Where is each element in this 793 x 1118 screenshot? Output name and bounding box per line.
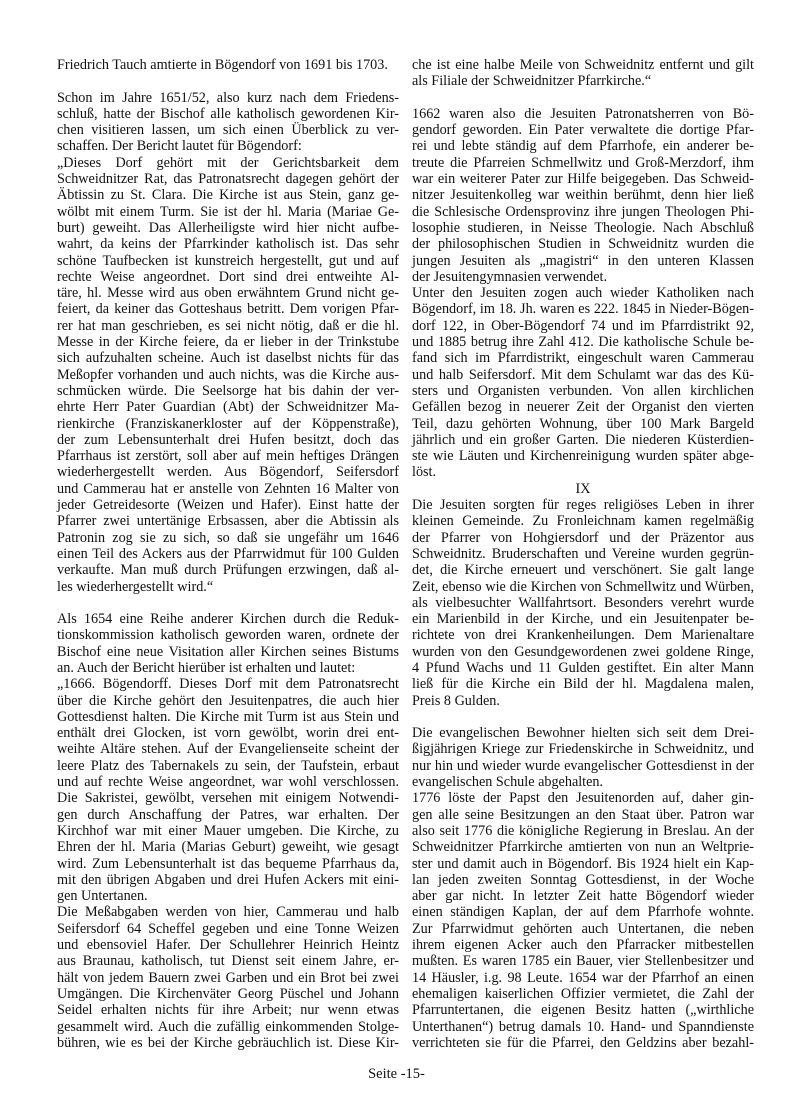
text-line: det, die Kirche erneuert und verschönert… [412, 562, 754, 578]
text-line: Bögendorf, im 18. Jh. waren es 222. 1845… [412, 301, 754, 317]
text-line: ließ für die Kirche ein Bild der hl. Mag… [412, 676, 754, 692]
text-line: 4 Pfund Wachs und 11 Gulden gestiftet. E… [412, 660, 754, 676]
text-line: gesammelt wird. Auch die zufällig einkom… [57, 1019, 399, 1035]
text-line: rienkirche (Franziskanerkloster auf der … [57, 416, 399, 432]
text-line: aus Braunau, katholisch, tut Dienst seit… [57, 953, 399, 969]
text-line: Gottesdienst halten. Die Kirche mit Turm… [57, 709, 399, 725]
text-line: wahrt, da keins der Pfarrkinder katholis… [57, 236, 399, 252]
text-line: sich aufzuhalten scheine. Auch ist dasel… [57, 350, 399, 366]
text-line: ihrem eigenen Acker auch den Pfarracker … [412, 937, 754, 953]
text-line: tionskommission katholisch geworden ware… [57, 627, 399, 643]
text-line: 1776 löste der Papst den Jesuitenorden a… [412, 790, 754, 806]
text-line: Schweidnitzer Pfarrkirche amtierten von … [412, 839, 754, 855]
text-line: gendorf geworden. Ein Pater verwaltete d… [412, 122, 754, 138]
section-heading: IX [412, 481, 754, 497]
text-line: Ehren der hl. Maria (Marias Geburt) gewe… [57, 839, 399, 855]
text-line: jungen Jesuiten als „magistri“ in den un… [412, 253, 754, 269]
text-line: Die evangelischen Bewohner hielten sich … [412, 725, 754, 741]
text-line: gen durch Anschaffung der Patres, war er… [57, 807, 399, 823]
text-line: 1662 waren also die Jesuiten Patronatshe… [412, 106, 754, 122]
text-line: gen alle seine Besitzungen an den Staat … [412, 807, 754, 823]
paragraph-gap [412, 709, 754, 725]
text-line: Messe in der Kirche feiere, da er lieber… [57, 334, 399, 350]
text-line: und halb Seifersdorf. Mit dem Schulamt w… [412, 367, 754, 383]
paragraph-gap [412, 90, 754, 106]
text-line: ehemaligen kaiserlichen Offizier vermiet… [412, 986, 754, 1002]
text-line: und Cammerau hat er anstelle von Zehnten… [57, 481, 399, 497]
paragraph-gap [57, 73, 399, 89]
text-line: Patronin zog sie zu sich, so daß sie ung… [57, 530, 399, 546]
text-line: also seit 1776 die königliche Regierung … [412, 823, 754, 839]
text-line: Bischof eine neue Visitation aller Kirch… [57, 644, 399, 660]
text-line: Pfarrhaus ist zerstört, soll aber auf me… [57, 448, 399, 464]
text-line: hält von jedem Bauern zwei Garben und ei… [57, 970, 399, 986]
text-line: Schweidnitz. Bruderschaften und Vereine … [412, 546, 754, 562]
text-line: Friedrich Tauch amtierte in Bögendorf vo… [57, 57, 399, 73]
text-line: richtete von drei Krankenheilungen. Dem … [412, 627, 754, 643]
text-line: mit den übrigen Abgaben und drei Hufen A… [57, 872, 399, 888]
text-line: ein Marienbild in der Kirche, und ein Je… [412, 611, 754, 627]
text-line: leere Platz des Tabernakels zu sein, der… [57, 758, 399, 774]
text-line: Die Sakristei, gewölbt, versehen mit ein… [57, 790, 399, 806]
text-line: ster und damit auch in Bögendorf. Bis 19… [412, 856, 754, 872]
text-line: Unterthanen“) betrug damals 10. Hand- un… [412, 1019, 754, 1035]
text-line: und auf rechte Weise angeordnet, war woh… [57, 774, 399, 790]
text-line: wurden von den Gesundgewordenen zwei gol… [412, 644, 754, 660]
text-line: die Schlesische Ordensprovinz ihre junge… [412, 204, 754, 220]
text-line: einen Teil des Ackers aus der Pfarrwidmu… [57, 546, 399, 562]
text-line: täre, hl. Messe wird aus oben erwähntem … [57, 285, 399, 301]
text-line: Meßopfer vorhanden und auch nichts, was … [57, 367, 399, 383]
text-line: schaffen. Der Bericht lautet für Bögendo… [57, 138, 399, 154]
text-line: sters und Organisten verbunden. Von alle… [412, 383, 754, 399]
text-line: mußten. Es waren 1785 ein Bauer, vier St… [412, 953, 754, 969]
text-line: weihte Altäre stehen. Auf der Evangelien… [57, 741, 399, 757]
text-line: Pfarruntertanen, die eigenen Besitz hatt… [412, 1002, 754, 1018]
text-line: chen visitieren lassen, um sich einen Üb… [57, 122, 399, 138]
text-line: nitzer Jesuitenkolleg war weithin berühm… [412, 187, 754, 203]
text-line: kleinen Gemeinde. Zu Fronleichnam kamen … [412, 513, 754, 529]
text-line: über die Kirche gehört den Jesuitenpatre… [57, 693, 399, 709]
text-line: wiederhergestellt werden. Aus Bögendorf,… [57, 464, 399, 480]
page-number: Seite -15- [0, 1066, 793, 1083]
text-line: als Filiale der Schweidnitzer Pfarrkirch… [412, 73, 754, 89]
text-line: Kirchhof war mit einer Mauer umgeben. Di… [57, 823, 399, 839]
text-line: Als 1654 eine Reihe anderer Kirchen durc… [57, 611, 399, 627]
text-line: „Dieses Dorf gehört mit der Gerichtsbark… [57, 155, 399, 171]
text-line: bühren, wie es bei der Kirche gebräuchli… [57, 1035, 399, 1051]
text-line: ste wie Läuten und Kirchenreinigung wurd… [412, 448, 754, 464]
text-line: war ein weiterer Pater zur Hilfe beigege… [412, 171, 754, 187]
text-line: verrichteten sie für die Pfarrei, den Ge… [412, 1035, 754, 1051]
text-line: 14 Häusler, i.g. 98 Leute. 1654 war der … [412, 970, 754, 986]
text-line: verkaufte. Man muß durch Prüfungen erzwi… [57, 562, 399, 578]
text-line: Unter den Jesuiten zogen auch wieder Kat… [412, 285, 754, 301]
text-line: Schon im Jahre 1651/52, also kurz nach d… [57, 90, 399, 106]
text-line: schöne Taufbecken ist kunstreich hergest… [57, 253, 399, 269]
text-line: Seifersdorf 64 Scheffel gegeben und eine… [57, 921, 399, 937]
text-line: burt) geweiht. Das Allerheiligste wird h… [57, 220, 399, 236]
text-line: treute die Pfarreien Schmellwitz und Gro… [412, 155, 754, 171]
text-line: Preis 8 Gulden. [412, 693, 754, 709]
text-line: Zeit, ebenso wie die Kirchen von Schmell… [412, 579, 754, 595]
text-line: und 1885 betrug ihre Zahl 412. Die katho… [412, 334, 754, 350]
text-line: enthält drei Glocken, ist vorn gewölbt, … [57, 725, 399, 741]
text-line: ehrte Herr Pater Guardian (Abt) der Schw… [57, 399, 399, 415]
text-line: schluß, hatte der Bischof alle katholisc… [57, 106, 399, 122]
text-line: schmücken würde. Die Seelsorge hat bis d… [57, 383, 399, 399]
text-line: Gefällen bezog in neuerer Zeit der Organ… [412, 399, 754, 415]
text-line: rer hat man geschrieben, es sei nicht nö… [57, 318, 399, 334]
text-line: fand sich im Pfarrdistrikt, eingeschult … [412, 350, 754, 366]
text-line: löst. [412, 464, 754, 480]
text-line: rei und lebte ständig auf dem Pfarrhofe,… [412, 138, 754, 154]
text-line: Umgängen. Die Kirchenväter Georg Püschel… [57, 986, 399, 1002]
text-line: losophie studieren, in Neisse Theologie.… [412, 220, 754, 236]
text-line: jeder Getreidesorte (Weizen und Hafer). … [57, 497, 399, 513]
text-line: „1666. Bögendorff. Dieses Dorf mit dem P… [57, 676, 399, 692]
text-line: Die Jesuiten sorgten für reges religiöse… [412, 497, 754, 513]
text-line: nur hin und wieder wurde evangelischer G… [412, 758, 754, 774]
text-line: Die Meßabgaben werden von hier, Cammerau… [57, 904, 399, 920]
text-line: Teil, dazu gehörten Wohnung, über 100 Ma… [412, 416, 754, 432]
text-line: an. Auch der Bericht hierüber ist erhalt… [57, 660, 399, 676]
text-line: feiert, da keiner das Gotteshaus betritt… [57, 301, 399, 317]
text-line: der Pfarrer von Hohgiersdorf und der Prä… [412, 530, 754, 546]
text-line: Schweidnitzer Rat, das Patronatsrecht da… [57, 171, 399, 187]
text-line: dorf 122, in Ober-Bögendorf 74 und im Pf… [412, 318, 754, 334]
text-line: einen ständigen Kaplan, der auf dem Pfar… [412, 904, 754, 920]
text-line: gen Untertanen. [57, 888, 399, 904]
text-line: rechte Weise angeordnet. Dort sind drei … [57, 269, 399, 285]
text-line: wölbt mit einem Turm. Sie ist der hl. Ma… [57, 204, 399, 220]
text-line: der Jesuitengymnasien verwendet. [412, 269, 754, 285]
text-line: aber gar nicht. In letzter Zeit hatte Bö… [412, 888, 754, 904]
text-line: evangelischen Schule abgehalten. [412, 774, 754, 790]
text-line: Zur Pfarrwidmut gehörten auch Untertanen… [412, 921, 754, 937]
left-column: Friedrich Tauch amtierte in Bögendorf vo… [57, 57, 399, 1051]
text-line: Pfarrer zwei untertänige Erbsassen, aber… [57, 513, 399, 529]
text-line: und ebensoviel Hafer. Der Schullehrer He… [57, 937, 399, 953]
text-line: als vielbesuchter Wallfahrtsort. Besonde… [412, 595, 754, 611]
text-line: lan jeden zweiten Sonntag Gottesdienst, … [412, 872, 754, 888]
paragraph-gap [57, 595, 399, 611]
text-line: jährlich und ein großer Garten. Die nied… [412, 432, 754, 448]
text-line: che ist eine halbe Meile von Schweidnitz… [412, 57, 754, 73]
text-line: Seidel erhalten nichts für ihre Arbeit; … [57, 1002, 399, 1018]
text-line: Äbtissin zu St. Clara. Die Kirche ist au… [57, 187, 399, 203]
right-column: che ist eine halbe Meile von Schweidnitz… [412, 57, 754, 1051]
text-line: les wiederhergestellt wird.“ [57, 579, 399, 595]
text-line: wird. Zum Lebensunterhalt ist das bequem… [57, 856, 399, 872]
text-line: der zum Lebensunterhalt drei Hufen besit… [57, 432, 399, 448]
text-line: ßigjährigen Kriege zur Friedenskirche in… [412, 741, 754, 757]
text-line: der philosophischen Studien in Schweidni… [412, 236, 754, 252]
